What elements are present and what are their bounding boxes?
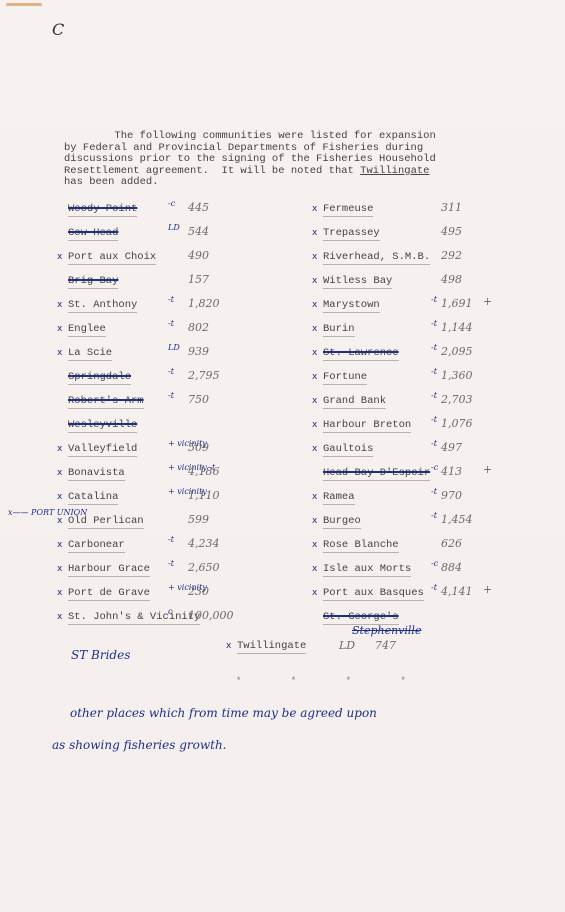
- community-population: 2,703: [441, 393, 473, 406]
- community-name: Springdale: [68, 371, 131, 385]
- community-population: 490: [188, 249, 209, 262]
- community-name: Fermeuse: [323, 203, 373, 217]
- page-letter: C: [52, 20, 64, 39]
- x-mark-icon: x: [57, 348, 62, 358]
- community-row: xLa ScieLD939: [68, 347, 112, 359]
- intro-paragraph: The following communities were listed fo…: [64, 131, 484, 189]
- x-mark-icon: x: [57, 324, 62, 334]
- community-code: -t: [431, 583, 437, 592]
- x-mark-icon: x: [312, 372, 317, 382]
- community-population: 544: [188, 225, 209, 238]
- community-name: St. George's: [323, 611, 399, 625]
- community-row: Head Bay D'Espoir-c413+: [323, 467, 430, 479]
- community-row: xHarbour Breton-t1,076: [323, 419, 411, 431]
- x-mark-icon: x: [57, 492, 62, 502]
- community-population: 1,820: [188, 297, 220, 310]
- community-population: 1,691: [441, 297, 473, 310]
- community-population: 750: [188, 393, 209, 406]
- community-row: St. George's: [323, 611, 399, 623]
- x-mark-icon: x: [57, 252, 62, 262]
- community-code: -t: [168, 391, 174, 400]
- x-mark-icon: x: [57, 300, 62, 310]
- community-code: -t: [431, 415, 437, 424]
- corner-stain: [6, 3, 42, 6]
- community-population: 884: [441, 561, 462, 574]
- x-mark-icon: x: [312, 588, 317, 598]
- community-name: Harbour Grace: [68, 563, 150, 577]
- community-row: xSt. Anthony-t1,820: [68, 299, 137, 311]
- x-mark-icon: x: [312, 252, 317, 262]
- community-name: St. Lawrence: [323, 347, 399, 361]
- community-code: LD: [339, 639, 355, 652]
- community-row: xPort aux Basques-t4,141+: [323, 587, 424, 599]
- community-code: -t: [168, 319, 174, 328]
- community-name: Marystown: [323, 299, 380, 313]
- community-name: Witless Bay: [323, 275, 392, 289]
- community-code: -t: [168, 559, 174, 568]
- community-name: Old Perlican: [68, 515, 144, 529]
- community-population: 2,650: [188, 561, 220, 574]
- community-row: xBonavista+ vicinity -t4,186: [68, 467, 125, 479]
- community-row: xEnglee-t802: [68, 323, 106, 335]
- community-name: Cow Head: [68, 227, 118, 241]
- community-population: 2,795: [188, 369, 220, 382]
- community-name: Robert's Arm: [68, 395, 144, 409]
- x-mark-icon: x: [57, 588, 62, 598]
- handwritten-note-line-2: as showing fisheries growth.: [52, 738, 227, 752]
- community-name: Englee: [68, 323, 106, 337]
- community-row: xTrepassey495: [323, 227, 380, 239]
- community-code: -c: [431, 463, 438, 472]
- community-population: 509: [188, 441, 209, 454]
- x-mark-icon: x: [57, 516, 62, 526]
- community-population: 413: [441, 465, 462, 478]
- community-row: Robert's Arm-t750: [68, 395, 144, 407]
- community-row: xPort de Grave+ vicinity230: [68, 587, 150, 599]
- community-code: -c: [168, 199, 175, 208]
- community-population: 230: [188, 585, 209, 598]
- x-mark-icon: x: [312, 540, 317, 550]
- community-row: xWitless Bay498: [323, 275, 392, 287]
- community-row: Brig Bay157: [68, 275, 118, 287]
- community-row: xBurin-t1,144: [323, 323, 355, 335]
- x-mark-icon: x: [312, 348, 317, 358]
- community-name: Bonavista: [68, 467, 125, 481]
- x-mark-icon: x: [312, 204, 317, 214]
- x-mark-icon: x: [312, 444, 317, 454]
- x-mark-icon: x: [57, 540, 62, 550]
- community-row: xRamea-t970: [323, 491, 355, 503]
- community-name: Riverhead, S.M.B.: [323, 251, 430, 265]
- community-population: 2,095: [441, 345, 473, 358]
- community-code: -c: [431, 559, 438, 568]
- plus-annotation: +: [483, 463, 492, 476]
- community-name: Brig Bay: [68, 275, 118, 289]
- community-population: 4,141: [441, 585, 473, 598]
- community-population: 599: [188, 513, 209, 526]
- x-mark-icon: x: [57, 468, 62, 478]
- community-row: xHarbour Grace-t2,650: [68, 563, 150, 575]
- community-population: 497: [441, 441, 462, 454]
- community-code: -t: [431, 391, 437, 400]
- community-row: Springdale-t2,795: [68, 371, 131, 383]
- community-code: -t: [431, 511, 437, 520]
- x-mark-icon: x: [312, 276, 317, 286]
- community-row: xGrand Bank-t2,703: [323, 395, 386, 407]
- community-name: St. Anthony: [68, 299, 137, 313]
- community-row: xFortune-t1,360: [323, 371, 367, 383]
- community-name: Ramea: [323, 491, 355, 505]
- community-code: c: [168, 607, 172, 616]
- x-mark-icon: x: [312, 300, 317, 310]
- community-row: Cow HeadLD544: [68, 227, 118, 239]
- community-population: 311: [441, 201, 462, 214]
- x-mark-icon: x: [312, 492, 317, 502]
- community-population: 747: [375, 639, 396, 652]
- community-population: 100,000: [188, 609, 234, 622]
- plus-annotation: +: [483, 583, 492, 596]
- community-name: St. John's & Vicinity: [68, 611, 200, 625]
- community-row: Woody Point-c445: [68, 203, 137, 215]
- community-code: -t: [431, 343, 437, 352]
- community-row: xSt. John's & Vicinityc100,000: [68, 611, 200, 623]
- handwritten-note-line-1: other places which from time may be agre…: [70, 706, 377, 720]
- community-name: Harbour Breton: [323, 419, 411, 433]
- community-row: xPort aux Choix490: [68, 251, 156, 263]
- plus-annotation: +: [483, 295, 492, 308]
- community-name: Burin: [323, 323, 355, 337]
- x-mark-icon: x: [312, 516, 317, 526]
- community-name: Burgeo: [323, 515, 361, 529]
- community-row: xCatalina+ vicinity1,110: [68, 491, 118, 503]
- x-mark-icon: x: [57, 444, 62, 454]
- community-row: xValleyfield+ vicinity509: [68, 443, 137, 455]
- community-name: Port aux Basques: [323, 587, 424, 601]
- x-mark-icon: x: [312, 564, 317, 574]
- community-name: Catalina: [68, 491, 118, 505]
- community-population: 1,076: [441, 417, 473, 430]
- community-name: Trepassey: [323, 227, 380, 241]
- x-mark-icon: x: [57, 564, 62, 574]
- community-name: Wesleyville: [68, 419, 137, 433]
- community-row: xFermeuse311: [323, 203, 373, 215]
- community-code: -t: [168, 367, 174, 376]
- community-row: Wesleyville: [68, 419, 137, 431]
- community-code: -t: [431, 487, 437, 496]
- community-row: xSt. Lawrence-t2,095: [323, 347, 399, 359]
- twillingate-row: x Twillingate LD 747: [237, 640, 306, 652]
- x-mark-icon: x: [312, 324, 317, 334]
- community-row: xGaultois-t497: [323, 443, 373, 455]
- x-mark-icon: x: [57, 612, 62, 622]
- community-row: xMarystown-t1,691+: [323, 299, 380, 311]
- twillingate-underlined: Twillingate: [360, 165, 429, 177]
- x-mark-icon: x: [226, 641, 231, 651]
- community-code: LD: [168, 343, 180, 352]
- community-name: Carbonear: [68, 539, 125, 553]
- community-name: Gaultois: [323, 443, 373, 457]
- community-population: 445: [188, 201, 209, 214]
- community-population: 970: [441, 489, 462, 502]
- community-population: 292: [441, 249, 462, 262]
- community-name: Woody Point: [68, 203, 137, 217]
- separator-stars: * * * *: [236, 676, 428, 686]
- community-population: 1,454: [441, 513, 473, 526]
- community-code: -t: [431, 439, 437, 448]
- community-name: Head Bay D'Espoir: [323, 467, 430, 481]
- community-population: 4,234: [188, 537, 220, 550]
- community-code: -t: [168, 535, 174, 544]
- st-brides-annotation: ST Brides: [71, 648, 130, 662]
- community-name: Rose Blanche: [323, 539, 399, 553]
- community-population: 495: [441, 225, 462, 238]
- community-code: -t: [431, 295, 437, 304]
- community-population: 157: [188, 273, 209, 286]
- community-row: xIsle aux Morts-c884: [323, 563, 411, 575]
- community-population: 4,186: [188, 465, 220, 478]
- community-name: Twillingate: [237, 640, 306, 654]
- community-name: La Scie: [68, 347, 112, 361]
- community-code: -t: [431, 319, 437, 328]
- community-row: xRose Blanche626: [323, 539, 399, 551]
- x-mark-icon: x: [312, 228, 317, 238]
- community-row: xBurgeo-t1,454: [323, 515, 361, 527]
- community-population: 626: [441, 537, 462, 550]
- community-name: Isle aux Morts: [323, 563, 411, 577]
- community-population: 1,110: [188, 489, 220, 502]
- stephenville-annotation: Stephenville: [352, 624, 421, 637]
- community-name: Port aux Choix: [68, 251, 156, 265]
- community-population: 939: [188, 345, 209, 358]
- x-mark-icon: x: [312, 420, 317, 430]
- community-code: LD: [168, 223, 180, 232]
- community-population: 498: [441, 273, 462, 286]
- community-code: -t: [168, 295, 174, 304]
- community-name: Port de Grave: [68, 587, 150, 601]
- community-row: xRiverhead, S.M.B.292: [323, 251, 430, 263]
- community-name: Fortune: [323, 371, 367, 385]
- community-population: 802: [188, 321, 209, 334]
- community-code: -t: [431, 367, 437, 376]
- community-population: 1,144: [441, 321, 473, 334]
- community-name: Grand Bank: [323, 395, 386, 409]
- community-population: 1,360: [441, 369, 473, 382]
- community-row: xCarbonear-t4,234: [68, 539, 125, 551]
- document-page: C The following communities were listed …: [0, 0, 565, 912]
- port-union-annotation: x—— PORT UNION: [8, 508, 87, 517]
- x-mark-icon: x: [312, 396, 317, 406]
- community-name: Valleyfield: [68, 443, 137, 457]
